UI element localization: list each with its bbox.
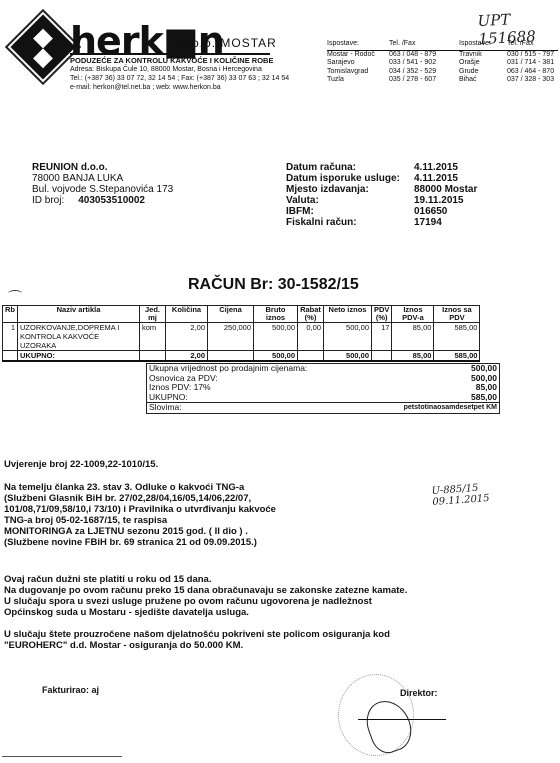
insurance-note: U slučaju štete prouzročene našom djelat… xyxy=(4,629,390,651)
branch-header: Tel. /Fax xyxy=(507,40,558,50)
table-cell: 500,00 xyxy=(254,323,298,351)
buyer-block: REUNION d.o.o. 78000 BANJA LUKA Bul. voj… xyxy=(32,162,173,206)
branch-row: Mostar - Rodoč063 / 048 - 879Travnik030 … xyxy=(327,50,558,59)
column-header: Iznos PDV-a xyxy=(392,306,434,323)
table-cell: 85,00 xyxy=(392,351,434,362)
table-cell: 500,00 xyxy=(254,351,298,362)
table-cell: 17 xyxy=(372,323,392,351)
table-cell: 250,000 xyxy=(208,323,254,351)
table-cell: 2,00 xyxy=(166,351,208,362)
company-phone: Tel.: (+387 36) 33 07 72, 32 14 54 ; Fax… xyxy=(70,74,289,83)
handwritten-note: U-885/1509.11.2015 xyxy=(431,482,490,508)
buyer-name: REUNION d.o.o. xyxy=(32,162,173,173)
summary-box: Ukupna vrijednost po prodajnim cijenama:… xyxy=(146,363,500,414)
payment-terms: Ovaj račun dužni ste platiti u roku od 1… xyxy=(4,574,407,618)
column-header: Jed. mj xyxy=(140,306,166,323)
branch-cell: 037 / 328 - 303 xyxy=(507,76,558,85)
meta-value: 016650 xyxy=(414,206,447,217)
meta-row: IBFM:016650 xyxy=(286,206,477,217)
branch-row: Sarajevo033 / 541 - 902Orašje031 / 714 -… xyxy=(327,59,558,68)
meta-value: 19.11.2015 xyxy=(414,195,464,206)
branches-table: Ispostave:Tel. /FaxIspostave:Tel. /Fax M… xyxy=(327,40,558,85)
table-cell xyxy=(208,351,254,362)
meta-label: Mjesto izdavanja: xyxy=(286,184,414,195)
meta-label: Datum računa: xyxy=(286,162,414,173)
branch-cell: Tuzla xyxy=(327,76,389,85)
summary-value: 585,00 xyxy=(471,393,497,403)
table-cell xyxy=(298,351,324,362)
branch-cell: 031 / 714 - 381 xyxy=(507,59,558,68)
legal-line: 101/08,71/09,58/10,i 73/10) i Pravilnika… xyxy=(4,504,276,515)
meta-label: IBFM: xyxy=(286,206,414,217)
meta-label: Valuta: xyxy=(286,195,414,206)
summary-label: UKUPNO: xyxy=(149,393,188,403)
branch-row: Tomislavgrad034 / 352 - 529Grude063 / 46… xyxy=(327,68,558,77)
legal-line: TNG-a broj 05-02-1687/15, te raspisa xyxy=(4,515,276,526)
legal-basis: Na temelju članka 23. stav 3. Odluke o k… xyxy=(4,482,276,548)
legal-line: Na temelju članka 23. stav 3. Odluke o k… xyxy=(4,482,276,493)
summary-row: Iznos PDV: 17%85,00 xyxy=(147,383,499,393)
column-header: Naziv artikla xyxy=(18,306,140,323)
meta-row: Mjesto izdavanja:88000 Mostar xyxy=(286,184,477,195)
table-cell: 0,00 xyxy=(298,323,324,351)
meta-label: Fiskalni račun: xyxy=(286,217,414,228)
amount-in-words: Slovima: petstotinaosamdesetpet KM xyxy=(147,402,499,414)
column-header: Rabat (%) xyxy=(298,306,324,323)
branch-header: Ispostave: xyxy=(327,40,389,50)
branch-cell: Sarajevo xyxy=(327,59,389,68)
branch-cell: 033 / 541 - 902 xyxy=(389,59,459,68)
branch-cell: 063 / 464 - 870 xyxy=(507,68,558,77)
column-header: PDV (%) xyxy=(372,306,392,323)
company-logo-icon xyxy=(8,12,79,83)
terms-line: Ovaj račun dužni ste platiti u roku od 1… xyxy=(4,574,407,585)
company-address: Adresa: Biskupa Čule 10, 88000 Mostar, B… xyxy=(70,65,289,74)
buyer-id-value: 403053510002 xyxy=(78,195,145,206)
invoice-title: RAČUN Br: 30-1582/15 xyxy=(188,276,359,294)
branch-cell: Orašje xyxy=(459,59,507,68)
buyer-city: 78000 BANJA LUKA xyxy=(32,173,173,184)
buyer-id-label: ID broj: xyxy=(32,195,64,206)
table-cell xyxy=(3,351,18,362)
branch-cell: Tomislavgrad xyxy=(327,68,389,77)
column-header: Količina xyxy=(166,306,208,323)
signature-line xyxy=(358,719,446,720)
table-cell xyxy=(140,351,166,362)
meta-value: 4.11.2015 xyxy=(414,162,458,173)
column-header: Rb xyxy=(3,306,18,323)
branch-cell: 034 / 352 - 529 xyxy=(389,68,459,77)
table-row: 1UZORKOVANJE,DOPREMA I KONTROLA KAKVOĆE … xyxy=(3,323,480,351)
table-cell: kom xyxy=(140,323,166,351)
certificate-number: Uvjerenje broj 22-1009,22-1010/15. xyxy=(4,459,158,470)
column-header: Neto iznos xyxy=(324,306,372,323)
company-legal-form: d.o.o. MOSTAR xyxy=(180,36,277,50)
insurance-line: "EUROHERC" d.d. Mostar - osiguranja do 5… xyxy=(4,640,390,651)
scan-mark xyxy=(8,290,22,297)
table-cell: 585,00 xyxy=(434,323,480,351)
table-cell: 500,00 xyxy=(324,351,372,362)
table-cell: UKUPNO: xyxy=(18,351,140,362)
branch-row: Tuzla035 / 278 - 607Bihać037 / 328 - 303 xyxy=(327,76,558,85)
legal-line: (Službene novine FBiH br. 69 stranica 21… xyxy=(4,537,276,548)
header-divider xyxy=(70,53,270,55)
legal-line: (Službeni Glasnik BiH br. 27/02,28/04,16… xyxy=(4,493,276,504)
table-cell: 500,00 xyxy=(324,323,372,351)
meta-row: Datum računa:4.11.2015 xyxy=(286,162,477,173)
terms-line: Općinskog suda u Mostaru - sjedište dava… xyxy=(4,607,407,618)
meta-label: Datum isporuke usluge: xyxy=(286,173,414,184)
company-info: PODUZEĆE ZA KONTROLU KAKVOĆE I KOLIČINE … xyxy=(70,56,289,92)
table-cell: 85,00 xyxy=(392,323,434,351)
footer-rule xyxy=(2,756,122,757)
meta-row: Fiskalni račun:17194 xyxy=(286,217,477,228)
director-label: Direktor: xyxy=(400,688,438,698)
meta-value: 88000 Mostar xyxy=(414,184,477,195)
branch-header: Tel. /Fax xyxy=(389,40,459,50)
table-cell: UZORKOVANJE,DOPREMA I KONTROLA KAKVOĆE U… xyxy=(18,323,140,351)
insurance-line: U slučaju štete prouzročene našom djelat… xyxy=(4,629,390,640)
meta-row: Datum isporuke usluge:4.11.2015 xyxy=(286,173,477,184)
column-header: Cijena xyxy=(208,306,254,323)
branch-cell: Grude xyxy=(459,68,507,77)
table-total-row: UKUPNO:2,00500,00500,0085,00585,00 xyxy=(3,351,480,362)
table-cell xyxy=(372,351,392,362)
meta-row: Valuta:19.11.2015 xyxy=(286,195,477,206)
table-cell: 2,00 xyxy=(166,323,208,351)
terms-line: Na dugovanje po ovom računu preko 15 dan… xyxy=(4,585,407,596)
buyer-street: Bul. vojvode S.Stepanovića 173 xyxy=(32,184,173,195)
branch-cell: 030 / 515 - 797 xyxy=(507,50,558,59)
items-table: RbNaziv artiklaJed. mjKoličinaCijenaBrut… xyxy=(2,305,480,362)
branch-cell: Travnik xyxy=(459,50,507,59)
table-cell: 585,00 xyxy=(434,351,480,362)
column-header: Iznos sa PDV xyxy=(434,306,480,323)
branch-header: Ispostave: xyxy=(459,40,507,50)
branch-cell: 035 / 278 - 607 xyxy=(389,76,459,85)
table-cell: 1 xyxy=(3,323,18,351)
company-email-web: e-mail: herkon@tel.net.ba ; web: www.her… xyxy=(70,83,289,92)
in-words-value: petstotinaosamdesetpet KM xyxy=(404,403,497,413)
invoice-meta: Datum računa:4.11.2015Datum isporuke usl… xyxy=(286,162,477,228)
branch-cell: Mostar - Rodoč xyxy=(327,50,389,59)
terms-line: U slučaju spora u svezi usluge pružene p… xyxy=(4,596,407,607)
branch-cell: Bihać xyxy=(459,76,507,85)
issued-by: Fakturirao: aj xyxy=(42,685,99,695)
column-header: Bruto iznos xyxy=(254,306,298,323)
meta-value: 17194 xyxy=(414,217,442,228)
branch-cell: 063 / 048 - 879 xyxy=(389,50,459,59)
company-description: PODUZEĆE ZA KONTROLU KAKVOĆE I KOLIČINE … xyxy=(70,56,289,65)
legal-line: MONITORINGA za LJETNU sezonu 2015 god. (… xyxy=(4,526,276,537)
in-words-label: Slovima: xyxy=(149,403,182,413)
summary-row: UKUPNO:585,00 xyxy=(147,393,499,403)
meta-value: 4.11.2015 xyxy=(414,173,458,184)
